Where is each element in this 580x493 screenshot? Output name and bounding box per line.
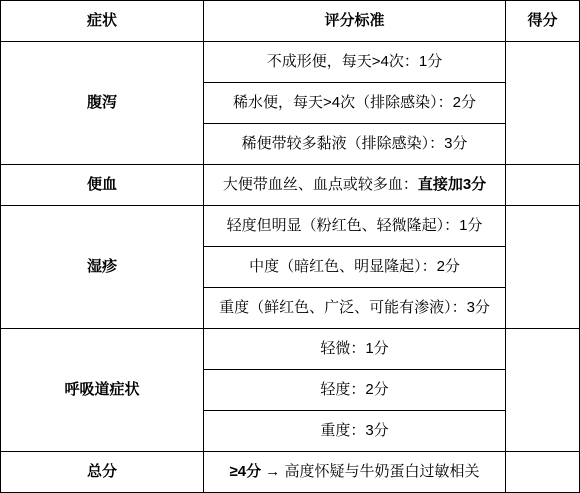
criteria-cell: 大便带血丝、血点或较多血：直接加3分 <box>204 165 506 206</box>
score-cell-respiratory[interactable] <box>506 329 580 452</box>
symptom-label-respiratory: 呼吸道症状 <box>1 329 204 452</box>
symptom-label-bloody-stool: 便血 <box>1 165 204 206</box>
symptom-label-diarrhea: 腹泻 <box>1 42 204 165</box>
criteria-cell: 稀水便，每天>4次（排除感染）：2分 <box>204 83 506 124</box>
criteria-cell: 重度：3分 <box>204 411 506 452</box>
score-cell-diarrhea[interactable] <box>506 42 580 165</box>
criteria-bold-text: ≥4分 <box>230 463 262 480</box>
table-row: 便血 大便带血丝、血点或较多血：直接加3分 <box>1 165 580 206</box>
criteria-cell: 稀便带较多黏液（排除感染）：3分 <box>204 124 506 165</box>
symptom-label-eczema: 湿疹 <box>1 206 204 329</box>
col-header-score: 得分 <box>506 1 580 42</box>
col-header-symptom: 症状 <box>1 1 204 42</box>
symptom-label-total-score: 总分 <box>1 452 204 493</box>
criteria-text: 中度（暗红色、明显隆起）：2分 <box>249 258 460 275</box>
criteria-text: 不成形便，每天>4次：1分 <box>267 53 442 70</box>
criteria-bold-text: 直接加3分 <box>418 176 486 193</box>
table-row: 湿疹 轻度但明显（粉红色、轻微隆起）：1分 <box>1 206 580 247</box>
table-row: 呼吸道症状 轻微：1分 <box>1 329 580 370</box>
criteria-cell: ≥4分 → 高度怀疑与牛奶蛋白过敏相关 <box>204 452 506 493</box>
criteria-text-post: → 高度怀疑与牛奶蛋白过敏相关 <box>261 463 479 480</box>
criteria-text: 重度（鲜红色、广泛、可能有渗液）：3分 <box>219 299 490 316</box>
table-row: 腹泻 不成形便，每天>4次：1分 <box>1 42 580 83</box>
criteria-text: 轻度：2分 <box>320 381 388 398</box>
document-page: 症状 评分标准 得分 腹泻 不成形便，每天>4次：1分 稀水便，每天>4次（排除… <box>0 0 580 493</box>
score-cell-total[interactable] <box>506 452 580 493</box>
score-cell-bloody-stool[interactable] <box>506 165 580 206</box>
criteria-cell: 轻微：1分 <box>204 329 506 370</box>
criteria-cell: 中度（暗红色、明显隆起）：2分 <box>204 247 506 288</box>
criteria-cell: 轻度但明显（粉红色、轻微隆起）：1分 <box>204 206 506 247</box>
criteria-text: 稀水便，每天>4次（排除感染）：2分 <box>233 94 476 111</box>
criteria-cell: 不成形便，每天>4次：1分 <box>204 42 506 83</box>
criteria-text: 轻度但明显（粉红色、轻微隆起）：1分 <box>227 217 483 234</box>
criteria-text: 大便带血丝、血点或较多血： <box>223 176 418 193</box>
criteria-cell: 轻度：2分 <box>204 370 506 411</box>
score-cell-eczema[interactable] <box>506 206 580 329</box>
criteria-text: 稀便带较多黏液（排除感染）：3分 <box>242 135 468 152</box>
criteria-text: 重度：3分 <box>320 422 388 439</box>
header-row: 症状 评分标准 得分 <box>1 1 580 42</box>
criteria-text: 轻微：1分 <box>320 340 388 357</box>
col-header-criteria: 评分标准 <box>204 1 506 42</box>
criteria-cell: 重度（鲜红色、广泛、可能有渗液）：3分 <box>204 288 506 329</box>
symptom-score-table: 症状 评分标准 得分 腹泻 不成形便，每天>4次：1分 稀水便，每天>4次（排除… <box>0 0 580 493</box>
table-row: 总分 ≥4分 → 高度怀疑与牛奶蛋白过敏相关 <box>1 452 580 493</box>
